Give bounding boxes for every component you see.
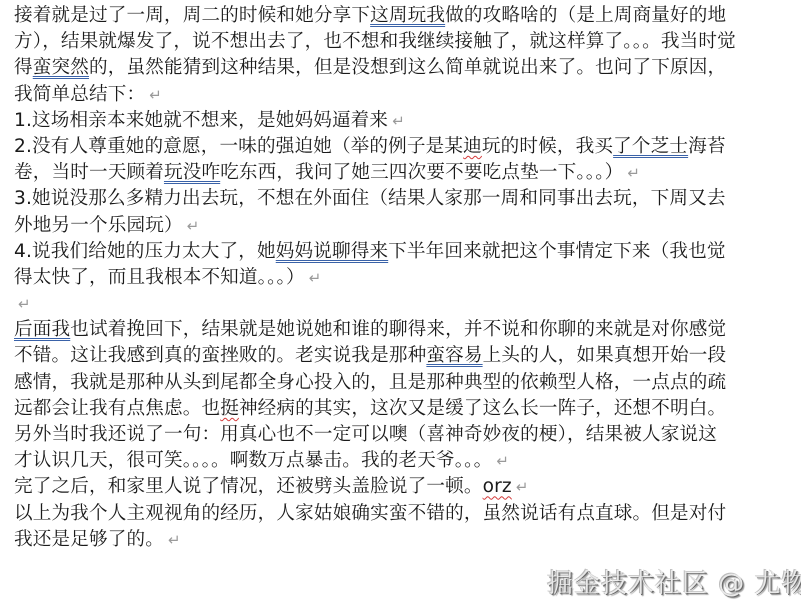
grammar-underlined-text: 了个芝士 bbox=[613, 136, 688, 157]
text-line: ↵ bbox=[14, 291, 794, 317]
text-line: 接着就是过了一周，周二的时候和她分享下这周玩我做的攻略啥的（是上周商量好的地 bbox=[14, 3, 794, 29]
grammar-underlined-text: 后面我 bbox=[14, 319, 70, 340]
text-run: 上头的人，如果真想开始一段 bbox=[483, 345, 727, 366]
text-line: 2.没有人尊重她的意愿，一味的强迫她（举的例子是某迪玩的时候，我买了个芝士海苔 bbox=[14, 134, 794, 160]
text-run: 远都会让我有点焦虑。也 bbox=[14, 398, 220, 419]
text-run: 3.她说没那么多精力出去玩，不想在外面住（结果人家那一周和同事出去玩，下周又去 bbox=[14, 188, 726, 209]
text-run: 得 bbox=[14, 57, 33, 78]
paragraph-mark-icon: ↵ bbox=[168, 531, 181, 549]
text-run: 得太快了，而且我根本不知道。。。） bbox=[14, 267, 305, 288]
document-body[interactable]: 接着就是过了一周，周二的时候和她分享下这周玩我做的攻略啥的（是上周商量好的地方）… bbox=[14, 3, 794, 553]
text-line: 得太快了，而且我根本不知道。。。）↵ bbox=[14, 265, 794, 291]
grammar-underlined-text: 玩没咋 bbox=[164, 162, 220, 183]
text-run: 做的攻略啥的（是上周商量好的地 bbox=[445, 5, 726, 26]
text-run: 玩的时候，我买 bbox=[482, 136, 613, 157]
text-run: 另外当时我还说了一句：用真心也不一定可以噢（喜神奇妙夜的梗），结果被人家说这 bbox=[14, 424, 717, 445]
text-run: 海苔 bbox=[688, 136, 726, 157]
grammar-underlined-text: 妈妈说聊得来 bbox=[276, 241, 388, 262]
paragraph-mark-icon: ↵ bbox=[392, 112, 405, 130]
text-run: 才认识几天，很可笑。。。。啊数万点暴击。我的老天爷。。。 bbox=[14, 450, 492, 471]
text-run: 下半年回来就把这个事情定下来（我也觉 bbox=[388, 241, 725, 262]
text-run: 4.说我们给她的压力太大了，她 bbox=[14, 241, 276, 262]
text-run: 也试着挽回下，结果就是她说她和谁的聊得来，并不说和你聊的来就是对你感觉 bbox=[70, 319, 726, 340]
text-line: 完了之后，和家里人说了情况，还被劈头盖脸说了一顿。orz↵ bbox=[14, 474, 794, 500]
grammar-underlined-text: 这周玩我 bbox=[370, 5, 445, 26]
text-run: 接着就是过了一周，周二的时候和她分享下 bbox=[14, 5, 370, 26]
text-line: 得蛮突然的，虽然能猜到这种结果，但是没想到这么简单就说出来了。也问了下原因， bbox=[14, 55, 794, 81]
text-run: 外地另一个乐园玩） bbox=[14, 215, 183, 236]
text-run: 完了之后，和家里人说了情况，还被劈头盖脸说了一顿。 bbox=[14, 476, 483, 497]
paragraph-mark-icon: ↵ bbox=[187, 217, 200, 235]
spellcheck-flagged-text: 迪 bbox=[463, 136, 482, 157]
text-line: 才认识几天，很可笑。。。。啊数万点暴击。我的老天爷。。。↵ bbox=[14, 448, 794, 474]
text-run: 2.没有人尊重她的意愿，一味的强迫她（举的例子是某 bbox=[14, 136, 463, 157]
text-run: 的，虽然能猜到这种结果，但是没想到这么简单就说出来了。也问了下原因， bbox=[89, 57, 726, 78]
paragraph-mark-icon: ↵ bbox=[309, 269, 322, 287]
text-line: 不错。这让我感到真的蛮挫败的。老实说我是那种蛮容易上头的人，如果真想开始一段 bbox=[14, 343, 794, 369]
spellcheck-flagged-text: orz bbox=[483, 476, 512, 497]
paragraph-mark-icon: ↵ bbox=[516, 478, 529, 496]
text-run: 不错。这让我感到真的蛮挫败的。老实说我是那种 bbox=[14, 345, 426, 366]
text-run: 卷，当时一天顾着 bbox=[14, 162, 164, 183]
text-line: 感情，我就是那种从头到尾都全身心投入的，且是那种典型的依赖型人格，一点点的疏 bbox=[14, 370, 794, 396]
text-run: 我简单总结下： bbox=[14, 84, 145, 105]
text-run: 以上为我个人主观视角的经历，人家姑娘确实蛮不错的，虽然说话有点直球。但是对付 bbox=[14, 503, 726, 524]
text-run: 方），结果就爆发了，说不想出去了，也不想和我继续接触了，就这样算了。。。我当时觉 bbox=[14, 31, 736, 52]
text-run: 吃东西，我问了她三四次要不要吃点垫一下。。。） bbox=[220, 162, 623, 183]
grammar-underlined-text: 蛮容易 bbox=[426, 345, 482, 366]
text-run: 感情，我就是那种从头到尾都全身心投入的，且是那种典型的依赖型人格，一点点的疏 bbox=[14, 372, 726, 393]
text-line: 远都会让我有点焦虑。也挺神经病的其实，这次又是缓了这么长一阵子，还想不明白。 bbox=[14, 396, 794, 422]
text-line: 以上为我个人主观视角的经历，人家姑娘确实蛮不错的，虽然说话有点直球。但是对付 bbox=[14, 501, 794, 527]
paragraph-mark-icon: ↵ bbox=[496, 452, 509, 470]
text-run: 我还是足够了的。 bbox=[14, 529, 164, 550]
text-line: 卷，当时一天顾着玩没咋吃东西，我问了她三四次要不要吃点垫一下。。。）↵ bbox=[14, 160, 794, 186]
paragraph-mark-icon: ↵ bbox=[18, 295, 31, 313]
text-line: 3.她说没那么多精力出去玩，不想在外面住（结果人家那一周和同事出去玩，下周又去 bbox=[14, 186, 794, 212]
grammar-underlined-text: 蛮突然 bbox=[33, 57, 89, 78]
text-line: 方），结果就爆发了，说不想出去了，也不想和我继续接触了，就这样算了。。。我当时觉 bbox=[14, 29, 794, 55]
text-line: 外地另一个乐园玩）↵ bbox=[14, 213, 794, 239]
text-line: 另外当时我还说了一句：用真心也不一定可以噢（喜神奇妙夜的梗），结果被人家说这 bbox=[14, 422, 794, 448]
paragraph-mark-icon: ↵ bbox=[149, 86, 162, 104]
spellcheck-flagged-text: 挺 bbox=[220, 398, 239, 419]
text-run: 1.这场相亲本来她就不想来，是她妈妈逼着来 bbox=[14, 110, 388, 131]
watermark: 掘金技术社区 @ 尤物 bbox=[547, 563, 801, 600]
text-run: 神经病的其实，这次又是缓了这么长一阵子，还想不明白。 bbox=[239, 398, 726, 419]
text-line: 我还是足够了的。↵ bbox=[14, 527, 794, 553]
text-line: 后面我也试着挽回下，结果就是她说她和谁的聊得来，并不说和你聊的来就是对你感觉 bbox=[14, 317, 794, 343]
text-line: 我简单总结下：↵ bbox=[14, 82, 794, 108]
text-line: 4.说我们给她的压力太大了，她妈妈说聊得来下半年回来就把这个事情定下来（我也觉 bbox=[14, 239, 794, 265]
paragraph-mark-icon: ↵ bbox=[627, 164, 640, 182]
text-line: 1.这场相亲本来她就不想来，是她妈妈逼着来↵ bbox=[14, 108, 794, 134]
